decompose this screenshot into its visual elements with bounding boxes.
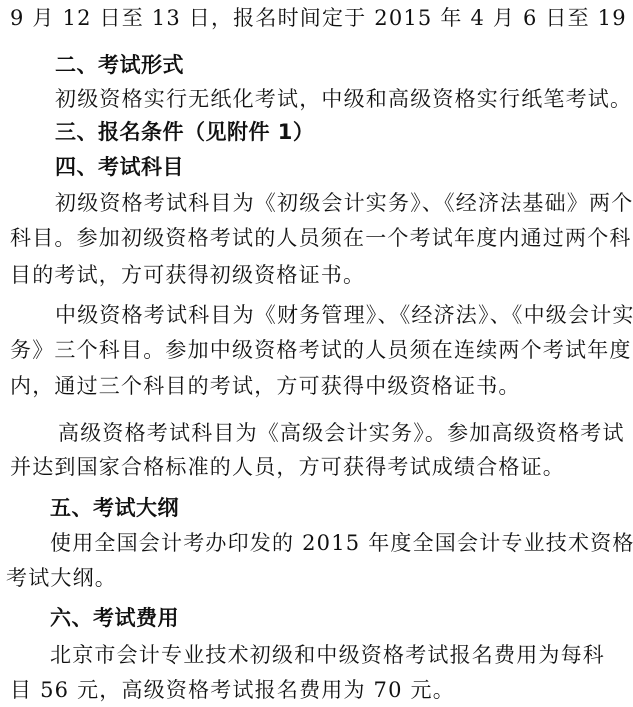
section-heading-fees: 六、考试费用 xyxy=(50,605,179,631)
paragraph-junior-subjects-line-3: 目的考试，方可获得初级资格证书。 xyxy=(10,262,365,288)
paragraph-senior-subjects-line-1: 高级资格考试科目为《高级会计实务》。参加高级资格考试 xyxy=(58,420,625,446)
section-heading-exam-format: 二、考试形式 xyxy=(55,52,184,78)
section-heading-exam-subjects: 四、考试科目 xyxy=(55,154,184,180)
paragraph-syllabus-line-1: 使用全国会计考办印发的 2015 年度全国会计专业技术资格 xyxy=(50,530,633,556)
paragraph-senior-subjects-line-2: 并达到国家合格标准的人员，方可获得考试成绩合格证。 xyxy=(10,454,565,480)
section-heading-syllabus: 五、考试大纲 xyxy=(50,495,179,521)
registration-dates-line: 9 月 12 日至 13 日，报名时间定于 2015 年 4 月 6 日至 19… xyxy=(10,5,633,31)
paragraph-syllabus-line-2: 考试大纲。 xyxy=(6,565,117,591)
paragraph-junior-subjects-line-1: 初级资格考试科目为《初级会计实务》、《经济法基础》两个 xyxy=(55,190,633,216)
paragraph-junior-subjects-line-2: 科目。参加初级资格考试的人员须在一个考试年度内通过两个科 xyxy=(10,225,632,251)
paragraph-intermediate-subjects-line-1: 中级资格考试科目为《财务管理》、《经济法》、《中级会计实 xyxy=(55,302,633,328)
section-heading-eligibility: 三、报名条件（见附件 1） xyxy=(55,119,314,145)
paragraph-fees-line-1: 北京市会计专业技术初级和中级资格考试报名费用为每科 xyxy=(50,642,605,668)
paragraph-exam-format: 初级资格实行无纸化考试，中级和高级资格实行纸笔考试。 xyxy=(55,86,632,112)
paragraph-intermediate-subjects-line-3: 内，通过三个科目的考试，方可获得中级资格证书。 xyxy=(10,373,521,399)
paragraph-intermediate-subjects-line-2: 务》三个科目。参加中级资格考试的人员须在连续两个考试年度 xyxy=(10,337,632,363)
paragraph-fees-line-2: 目 56 元，高级资格考试报名费用为 70 元。 xyxy=(10,677,455,703)
